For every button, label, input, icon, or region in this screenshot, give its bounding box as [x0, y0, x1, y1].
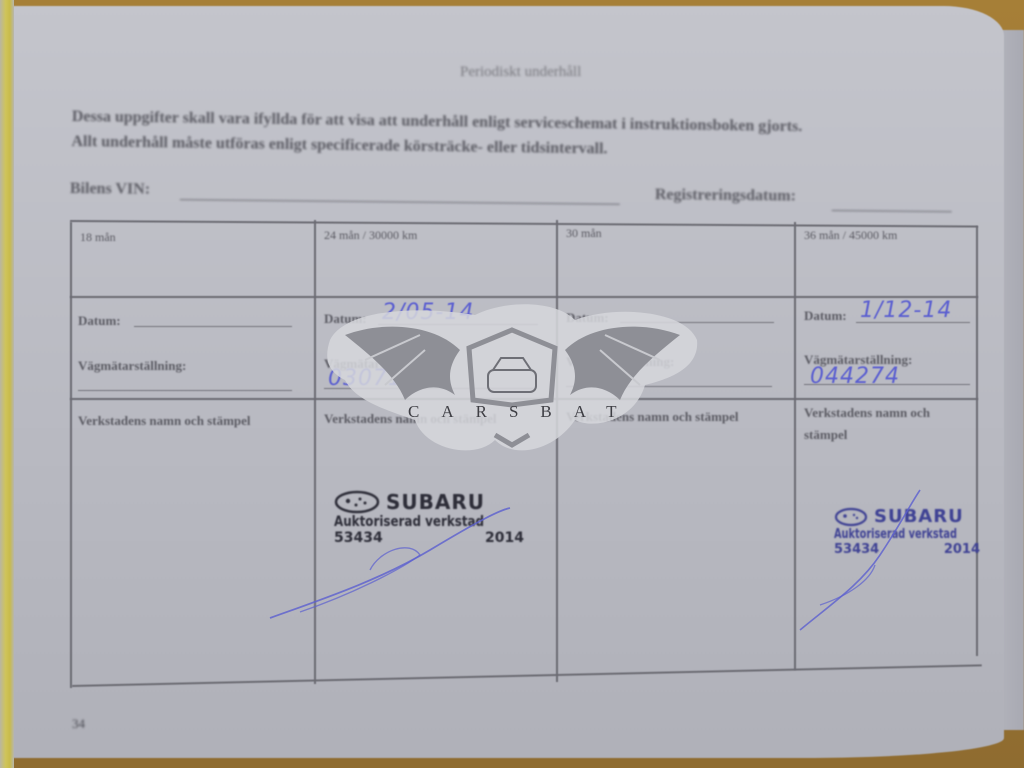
- odometer-label-1: Vägmätarställning:: [78, 358, 186, 374]
- booklet-spine: [0, 0, 14, 768]
- date-label-1: Datum:: [78, 313, 121, 329]
- registration-date-field[interactable]: [832, 210, 952, 212]
- carsbat-watermark-icon: [325, 300, 700, 460]
- interval-header-2: 24 mån / 30000 km: [324, 228, 417, 243]
- workshop-label-1: Verkstadens namn och stämpel: [78, 410, 258, 432]
- date-label-4: Datum:: [804, 308, 847, 324]
- odometer-value-4: 044274: [810, 364, 900, 389]
- signature-2: [790, 485, 930, 635]
- signature-1: [260, 500, 520, 630]
- interval-header-4: 36 mån / 45000 km: [804, 228, 897, 243]
- registration-date-label: Registreringsdatum:: [655, 186, 796, 205]
- date-value-4: 1/12-14: [860, 298, 952, 323]
- vin-label: Bilens VIN:: [70, 180, 150, 199]
- date-field-1[interactable]: [134, 326, 292, 327]
- page-number: 34: [72, 716, 85, 732]
- watermark-text: CARSBAT: [408, 402, 639, 422]
- vin-field[interactable]: [180, 199, 620, 205]
- interval-header-3: 30 mån: [566, 226, 602, 241]
- odometer-field-1[interactable]: [78, 390, 292, 391]
- page-title: Periodiskt underhåll: [460, 64, 581, 81]
- workshop-label-4: Verkstadens namn och stämpel: [804, 402, 954, 446]
- stamp-year: 2014: [944, 542, 980, 557]
- interval-header-1: 18 mån: [80, 230, 116, 245]
